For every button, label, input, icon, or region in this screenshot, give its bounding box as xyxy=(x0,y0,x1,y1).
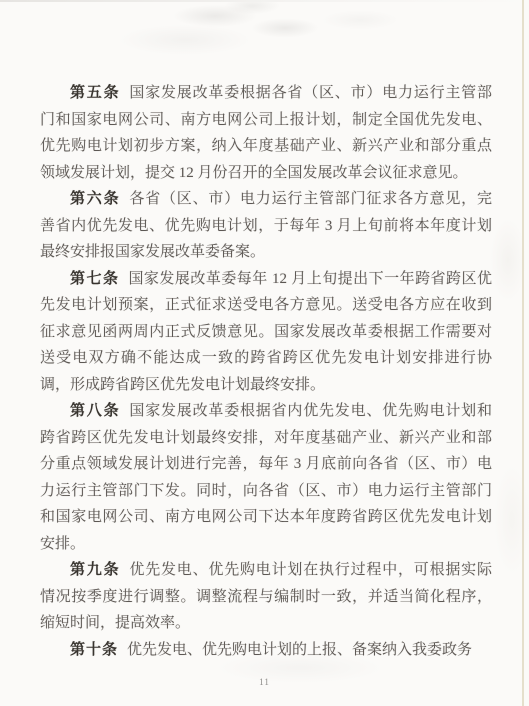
text-line: 第五条国家发展改革委根据各省（区、市）电力运行主管部 xyxy=(40,80,492,107)
text-line: 第十条优先发电、优先购电计划的上报、备案纳入我委政务 xyxy=(40,637,492,664)
article-number: 第九条 xyxy=(70,562,120,578)
article-number: 第六条 xyxy=(70,191,120,207)
document-body: 第五条国家发展改革委根据各省（区、市）电力运行主管部门和国家电网公司、南方电网公… xyxy=(40,80,492,663)
paragraph: 第六条各省（区、市）电力运行主管部门征求各方意见，完善省内优先发电、优先购电计划… xyxy=(40,186,492,266)
text-line: 跨省跨区优先发电计划最终安排，对年度基础产业、新兴产业和部 xyxy=(40,425,492,452)
paragraph: 第十条优先发电、优先购电计划的上报、备案纳入我委政务 xyxy=(40,637,492,664)
paragraph: 第五条国家发展改革委根据各省（区、市）电力运行主管部门和国家电网公司、南方电网公… xyxy=(40,80,492,186)
document-page: 第五条国家发展改革委根据各省（区、市）电力运行主管部门和国家电网公司、南方电网公… xyxy=(0,0,529,706)
page-top-edge xyxy=(0,0,529,2)
article-text: 各省（区、市）电力运行主管部门征求各方意见，完 xyxy=(129,191,492,207)
article-number: 第五条 xyxy=(70,85,120,101)
text-line: 调，形成跨省跨区优先发电计划最终安排。 xyxy=(40,372,492,399)
text-line: 最终安排报国家发展改革委备案。 xyxy=(40,239,492,266)
text-line: 第八条国家发展改革委根据省内优先发电、优先购电计划和 xyxy=(40,398,492,425)
article-number: 第八条 xyxy=(70,403,120,419)
text-line: 缩短时间，提高效率。 xyxy=(40,610,492,637)
text-line: 先发电计划预案，正式征求送受电各方意见。送受电各方应在收到 xyxy=(40,292,492,319)
article-number: 第十条 xyxy=(70,642,118,658)
article-text: 国家发展改革委根据省内优先发电、优先购电计划和 xyxy=(129,403,492,419)
paragraph: 第八条国家发展改革委根据省内优先发电、优先购电计划和跨省跨区优先发电计划最终安排… xyxy=(40,398,492,557)
text-line: 第六条各省（区、市）电力运行主管部门征求各方意见，完 xyxy=(40,186,492,213)
text-line: 送受电双方确不能达成一致的跨省跨区优先发电计划安排进行协 xyxy=(40,345,492,372)
text-line: 第七条国家发展改革委每年 12 月上旬提出下一年跨省跨区优 xyxy=(40,266,492,293)
text-line: 分重点领域发展计划进行完善，每年 3 月底前向各省（区、市）电 xyxy=(40,451,492,478)
paragraph: 第七条国家发展改革委每年 12 月上旬提出下一年跨省跨区优先发电计划预案，正式征… xyxy=(40,266,492,399)
article-text: 国家发展改革委根据各省（区、市）电力运行主管部 xyxy=(129,85,492,101)
paragraph: 第九条优先发电、优先购电计划在执行过程中，可根据实际情况按季度进行调整。调整流程… xyxy=(40,557,492,637)
article-text: 国家发展改革委每年 12 月上旬提出下一年跨省跨区优 xyxy=(128,271,492,287)
text-line: 情况按季度进行调整。调整流程与编制时一致，并适当简化程序， xyxy=(40,584,492,611)
article-text: 优先发电、优先购电计划的上报、备案纳入我委政务 xyxy=(127,642,472,658)
text-line: 力运行主管部门下发。同时，向各省（区、市）电力运行主管部门 xyxy=(40,478,492,505)
text-line: 门和国家电网公司、南方电网公司上报计划，制定全国优先发电、 xyxy=(40,107,492,134)
page-number: 11 xyxy=(0,677,529,687)
article-text: 优先发电、优先购电计划在执行过程中，可根据实际 xyxy=(129,562,492,578)
text-line: 优先购电计划初步方案，纳入年度基础产业、新兴产业和部分重点 xyxy=(40,133,492,160)
text-line: 领域发展计划，提交 12 月份召开的全国发展改革会议征求意见。 xyxy=(40,160,492,187)
page-right-edge-line xyxy=(522,0,524,706)
text-line: 安排。 xyxy=(40,531,492,558)
text-line: 征求意见函两周内正式反馈意见。国家发展改革委根据工作需要对 xyxy=(40,319,492,346)
text-line: 和国家电网公司、南方电网公司下达本年度跨省跨区优先发电计划 xyxy=(40,504,492,531)
article-number: 第七条 xyxy=(70,271,119,287)
text-line: 第九条优先发电、优先购电计划在执行过程中，可根据实际 xyxy=(40,557,492,584)
text-line: 善省内优先发电、优先购电计划，于每年 3 月上旬前将本年度计划 xyxy=(40,213,492,240)
